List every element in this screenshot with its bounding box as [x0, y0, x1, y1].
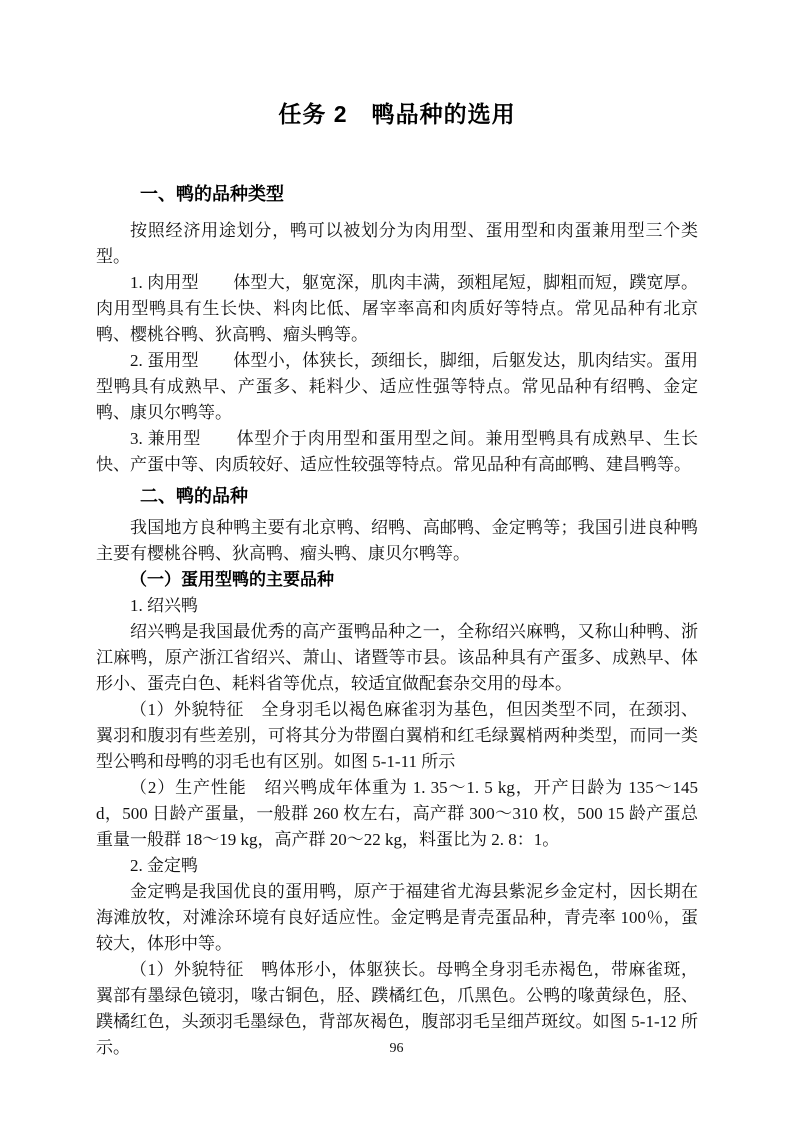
paragraph-dual-type: 3. 兼用型 体型介于肉用型和蛋用型之间。兼用型鸭具有成熟早、生长快、产蛋中等、…	[96, 426, 698, 478]
paragraph-meat-type: 1. 肉用型 体型大，躯宽深，肌肉丰满，颈粗尾短，脚粗而短，蹼宽厚。肉用型鸭具有…	[96, 270, 698, 348]
breed-item-shaoxing-duck: 1. 绍兴鸭	[96, 593, 698, 619]
paragraph-shaoxing-appearance: （1）外貌特征 全身羽毛以褐色麻雀羽为基色，但因类型不同，在颈羽、翼羽和腹羽有些…	[96, 697, 698, 775]
document-page: 任务 2 鸭品种的选用 一、鸭的品种类型 按照经济用途划分，鸭可以被划分为肉用型…	[0, 0, 793, 1122]
page-title: 任务 2 鸭品种的选用	[96, 0, 698, 129]
breed-item-jinding-duck: 2. 金定鸭	[96, 853, 698, 879]
document-content: 任务 2 鸭品种的选用 一、鸭的品种类型 按照经济用途划分，鸭可以被划分为肉用型…	[96, 0, 698, 1061]
section-heading-duck-breeds: 二、鸭的品种	[140, 483, 698, 509]
section-heading-duck-breed-types: 一、鸭的品种类型	[140, 181, 698, 207]
paragraph-breeds-intro: 我国地方良种鸭主要有北京鸭、绍鸭、高邮鸭、金定鸭等；我国引进良种鸭主要有樱桃谷鸭…	[96, 515, 698, 567]
paragraph-shaoxing-performance: （2）生产性能 绍兴鸭成年体重为 1. 35～1. 5 kg，开产日龄为 135…	[96, 775, 698, 853]
paragraph-shaoxing-intro: 绍兴鸭是我国最优秀的高产蛋鸭品种之一，全称绍兴麻鸭，又称山种鸭、浙江麻鸭，原产浙…	[96, 619, 698, 697]
paragraph-egg-type: 2. 蛋用型 体型小，体狭长，颈细长，脚细，后躯发达，肌肉结实。蛋用型鸭具有成熟…	[96, 348, 698, 426]
subheading-egg-type-main-breeds: （一）蛋用型鸭的主要品种	[96, 567, 698, 593]
page-number: 96	[0, 1040, 793, 1058]
paragraph-classification-intro: 按照经济用途划分，鸭可以被划分为肉用型、蛋用型和肉蛋兼用型三个类型。	[96, 218, 698, 270]
paragraph-jinding-intro: 金定鸭是我国优良的蛋用鸭，原产于福建省尤海县紫泥乡金定村，因长期在海滩放牧，对滩…	[96, 879, 698, 957]
